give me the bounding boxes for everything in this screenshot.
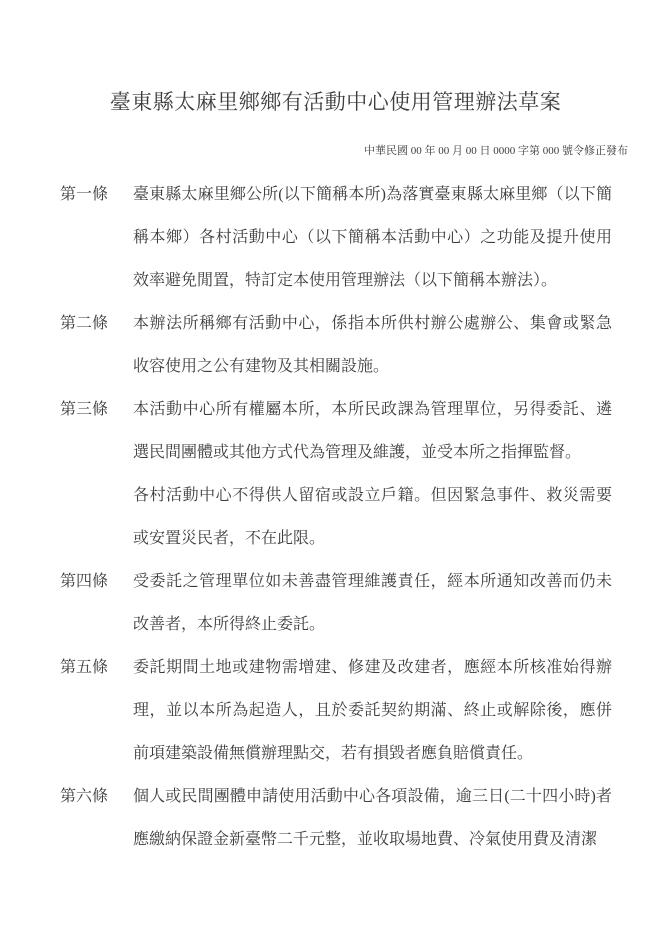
article-number: 第一條	[60, 173, 133, 216]
article-paragraph: 本辦法所稱鄉有活動中心，係指本所供村辦公處辦公、集會或緊急收容使用之公有建物及其…	[133, 302, 612, 388]
article-5: 第五條 委託期間土地或建物需增建、修建及改建者，應經本所核准始得辦理，並以本所為…	[60, 646, 612, 775]
article-number: 第三條	[60, 388, 133, 431]
article-3: 第三條 本活動中心所有權屬本所，本所民政課為管理單位，另得委託、遴選民間團體或其…	[60, 388, 612, 560]
article-text: 受委託之管理單位如未善盡管理維護責任，經本所通知改善而仍未改善者，本所得終止委託…	[133, 560, 612, 646]
amendment-note: 中華民國 00 年 00 月 00 日 0000 字第 000 號令修正發布	[0, 144, 628, 158]
article-text: 本活動中心所有權屬本所，本所民政課為管理單位，另得委託、遴選民間團體或其他方式代…	[133, 388, 612, 560]
article-1: 第一條 臺東縣太麻里鄉公所(以下簡稱本所)為落實臺東縣太麻里鄉（以下簡稱本鄉）各…	[60, 173, 612, 302]
article-paragraph: 本活動中心所有權屬本所，本所民政課為管理單位，另得委託、遴選民間團體或其他方式代…	[133, 388, 612, 474]
article-text: 個人或民間團體申請使用活動中心各項設備，逾三日(二十四小時)者應繳納保證金新臺幣…	[133, 775, 612, 861]
article-paragraph: 委託期間土地或建物需增建、修建及改建者，應經本所核准始得辦理，並以本所為起造人，…	[133, 646, 612, 775]
article-4: 第四條 受委託之管理單位如未善盡管理維護責任，經本所通知改善而仍未改善者，本所得…	[60, 560, 612, 646]
article-paragraph: 臺東縣太麻里鄉公所(以下簡稱本所)為落實臺東縣太麻里鄉（以下簡稱本鄉）各村活動中…	[133, 173, 612, 302]
article-paragraph: 個人或民間團體申請使用活動中心各項設備，逾三日(二十四小時)者應繳納保證金新臺幣…	[133, 775, 612, 861]
articles-list: 第一條 臺東縣太麻里鄉公所(以下簡稱本所)為落實臺東縣太麻里鄉（以下簡稱本鄉）各…	[60, 173, 612, 861]
document-title: 臺東縣太麻里鄉鄉有活動中心使用管理辦法草案	[0, 0, 671, 115]
document-page: 臺東縣太麻里鄉鄉有活動中心使用管理辦法草案 中華民國 00 年 00 月 00 …	[0, 0, 671, 946]
article-number: 第四條	[60, 560, 133, 603]
article-text: 臺東縣太麻里鄉公所(以下簡稱本所)為落實臺東縣太麻里鄉（以下簡稱本鄉）各村活動中…	[133, 173, 612, 302]
article-2: 第二條 本辦法所稱鄉有活動中心，係指本所供村辦公處辦公、集會或緊急收容使用之公有…	[60, 302, 612, 388]
article-paragraph: 受委託之管理單位如未善盡管理維護責任，經本所通知改善而仍未改善者，本所得終止委託…	[133, 560, 612, 646]
article-number: 第五條	[60, 646, 133, 689]
article-text: 本辦法所稱鄉有活動中心，係指本所供村辦公處辦公、集會或緊急收容使用之公有建物及其…	[133, 302, 612, 388]
article-6: 第六條 個人或民間團體申請使用活動中心各項設備，逾三日(二十四小時)者應繳納保證…	[60, 775, 612, 861]
article-number: 第六條	[60, 775, 133, 818]
article-number: 第二條	[60, 302, 133, 345]
article-paragraph: 各村活動中心不得供人留宿或設立戶籍。但因緊急事件、救災需要或安置災民者，不在此限…	[133, 474, 612, 560]
article-text: 委託期間土地或建物需增建、修建及改建者，應經本所核准始得辦理，並以本所為起造人，…	[133, 646, 612, 775]
